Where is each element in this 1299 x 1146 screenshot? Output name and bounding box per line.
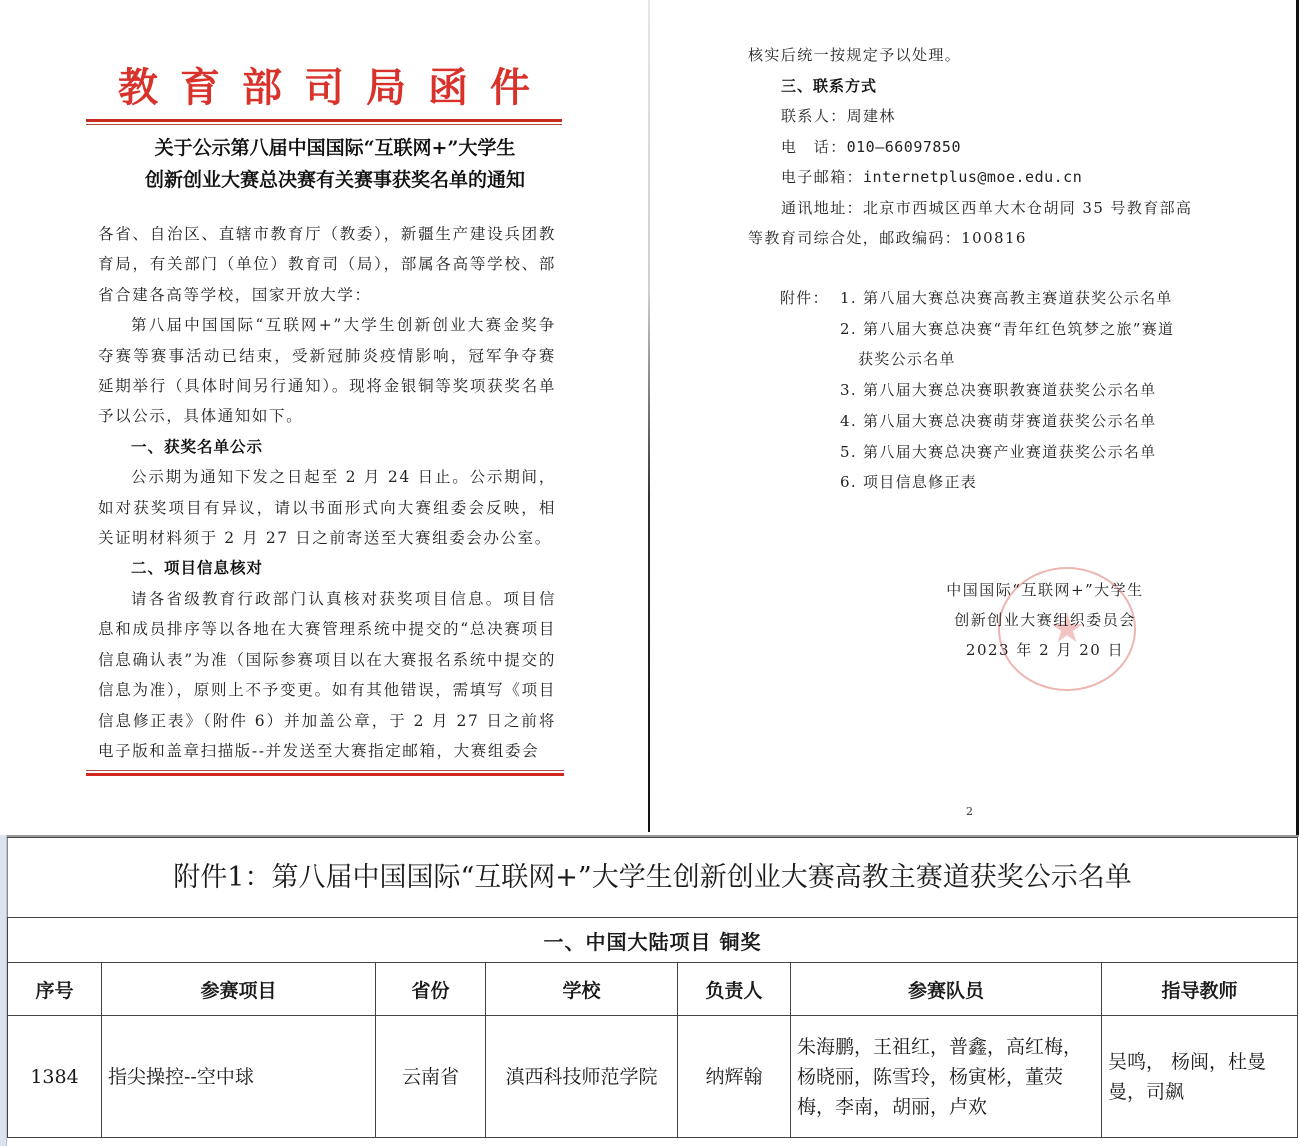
attachments-list: 附件： 1. 第八届大赛总决赛高教主赛道获奖公示名单 2. 第八届大赛总决赛“青… xyxy=(780,283,1210,498)
attachment-item-5: 5. 第八届大赛总决赛产业赛道获奖公示名单 xyxy=(840,437,1210,468)
cell-members[interactable]: 朱海鹏，王祖红，普鑫，高红梅，杨晓丽，陈雪玲，杨寅彬，董荧梅，李南，胡丽，卢欢 xyxy=(791,1016,1102,1138)
address-line-2: 等教育司综合处，邮政编码：100816 xyxy=(748,223,1208,254)
red-rule-thick xyxy=(86,119,562,122)
signature-block: 中国国际“互联网+”大学生 创新创业大赛组织委员会 2023 年 2 月 20 … xyxy=(900,575,1190,665)
letter-body: 各省、自治区、直辖市教育厅（教委），新疆生产建设兵团教育局，有关部门（单位）教育… xyxy=(98,219,556,766)
letter-page-1: 教育部司局函件 关于公示第八届中国国际“互联网+”大学生 创新创业大赛总决赛有关… xyxy=(0,0,648,830)
section-3-heading: 三、联系方式 xyxy=(748,71,1208,102)
award-spreadsheet: 附件1：第八届中国国际“互联网+”大学生创新创业大赛高教主赛道获奖公示名单 一、… xyxy=(0,835,1299,1146)
footer-red-rule xyxy=(86,770,564,776)
contact-phone: 电 话：010—66097850 xyxy=(748,132,1208,163)
page-number: 2 xyxy=(966,805,973,818)
email-label: 电子邮箱： xyxy=(781,168,863,186)
attachment-item-1: 1. 第八届大赛总决赛高教主赛道获奖公示名单 xyxy=(840,283,1210,314)
intro-paragraph: 第八届中国国际“互联网+”大学生创新创业大赛金奖争夺赛等赛事活动已结束，受新冠肺… xyxy=(98,310,556,432)
table-header-row: 序号 参赛项目 省份 学校 负责人 参赛队员 指导教师 xyxy=(8,963,1298,1016)
column-header-province[interactable]: 省份 xyxy=(376,963,486,1016)
attachment-item-2: 2. 第八届大赛总决赛“青年红色筑梦之旅”赛道 xyxy=(840,314,1210,345)
cell-no[interactable]: 1384 xyxy=(8,1016,102,1138)
section-2-heading: 二、项目信息核对 xyxy=(98,553,556,583)
cell-advisors[interactable]: 吴鸣， 杨闽，杜曼曼，司飙 xyxy=(1102,1016,1298,1138)
column-header-members[interactable]: 参赛队员 xyxy=(791,963,1102,1016)
red-rule-thin xyxy=(86,124,562,125)
attachment-item-6: 6. 项目信息修正表 xyxy=(840,467,1210,498)
signature-org-line-2: 创新创业大赛组织委员会 xyxy=(900,605,1190,635)
notice-title: 关于公示第八届中国国际“互联网+”大学生 创新创业大赛总决赛有关赛事获奖名单的通… xyxy=(110,132,560,196)
address-line-1: 通讯地址：北京市西城区西单大木仓胡同 35 号教育部高 xyxy=(748,193,1208,224)
attachment-item-4: 4. 第八届大赛总决赛萌芽赛道获奖公示名单 xyxy=(840,406,1210,437)
attachment-item-3: 3. 第八届大赛总决赛职教赛道获奖公示名单 xyxy=(840,375,1210,406)
letterhead-red-rule xyxy=(86,119,562,125)
signature-org-line-1: 中国国际“互联网+”大学生 xyxy=(900,575,1190,605)
attachment-item-2-continued: 获奖公示名单 xyxy=(840,344,1210,375)
contact-block: 核实后统一按规定予以处理。 三、联系方式 联系人：周建林 电 话：010—660… xyxy=(748,40,1208,254)
phone-number: 010—66097850 xyxy=(847,138,961,156)
column-header-no[interactable]: 序号 xyxy=(8,963,102,1016)
column-header-advisors[interactable]: 指导教师 xyxy=(1102,963,1298,1016)
cell-leader[interactable]: 纳辉翰 xyxy=(678,1016,791,1138)
column-header-leader[interactable]: 负责人 xyxy=(678,963,791,1016)
letterhead-title: 教育部司局函件 xyxy=(118,56,538,113)
attachments-label: 附件： xyxy=(780,283,840,498)
cell-school[interactable]: 滇西科技师范学院 xyxy=(486,1016,678,1138)
award-table: 附件1：第八届中国国际“互联网+”大学生创新创业大赛高教主赛道获奖公示名单 一、… xyxy=(7,837,1298,1138)
sheet-row-gutter xyxy=(0,835,7,1146)
table-row: 1384 指尖操控--空中球 云南省 滇西科技师范学院 纳辉翰 朱海鹏，王祖红，… xyxy=(8,1016,1298,1138)
section-2-body: 请各省级教育行政部门认真核对获奖项目信息。项目信息和成员排序等以各地在大赛管理系… xyxy=(98,584,556,766)
notice-title-line-2: 创新创业大赛总决赛有关赛事获奖名单的通知 xyxy=(110,164,560,196)
red-rule-thick xyxy=(86,773,564,776)
red-rule-thin xyxy=(86,770,564,771)
column-header-school[interactable]: 学校 xyxy=(486,963,678,1016)
email-address[interactable]: internetplus@moe.edu.cn xyxy=(863,168,1082,186)
column-header-project[interactable]: 参赛项目 xyxy=(102,963,376,1016)
cell-province[interactable]: 云南省 xyxy=(376,1016,486,1138)
sheet-title[interactable]: 附件1：第八届中国国际“互联网+”大学生创新创业大赛高教主赛道获奖公示名单 xyxy=(8,838,1298,918)
section-2-continuation: 核实后统一按规定予以处理。 xyxy=(748,40,1208,71)
section-1-body: 公示期为通知下发之日起至 2 月 24 日止。公示期间，如对获奖项目有异议，请以… xyxy=(98,462,556,553)
notice-title-line-1: 关于公示第八届中国国际“互联网+”大学生 xyxy=(110,132,560,164)
contact-person: 联系人：周建林 xyxy=(748,101,1208,132)
cell-project[interactable]: 指尖操控--空中球 xyxy=(102,1016,376,1138)
phone-label: 电 话： xyxy=(781,138,847,156)
section-1-heading: 一、获奖名单公示 xyxy=(98,432,556,462)
contact-email: 电子邮箱：internetplus@moe.edu.cn xyxy=(748,162,1208,193)
sheet-subtitle[interactable]: 一、中国大陆项目 铜奖 xyxy=(8,918,1298,963)
addressee: 各省、自治区、直辖市教育厅（教委），新疆生产建设兵团教育局，有关部门（单位）教育… xyxy=(98,219,556,310)
signature-date: 2023 年 2 月 20 日 xyxy=(900,635,1190,665)
